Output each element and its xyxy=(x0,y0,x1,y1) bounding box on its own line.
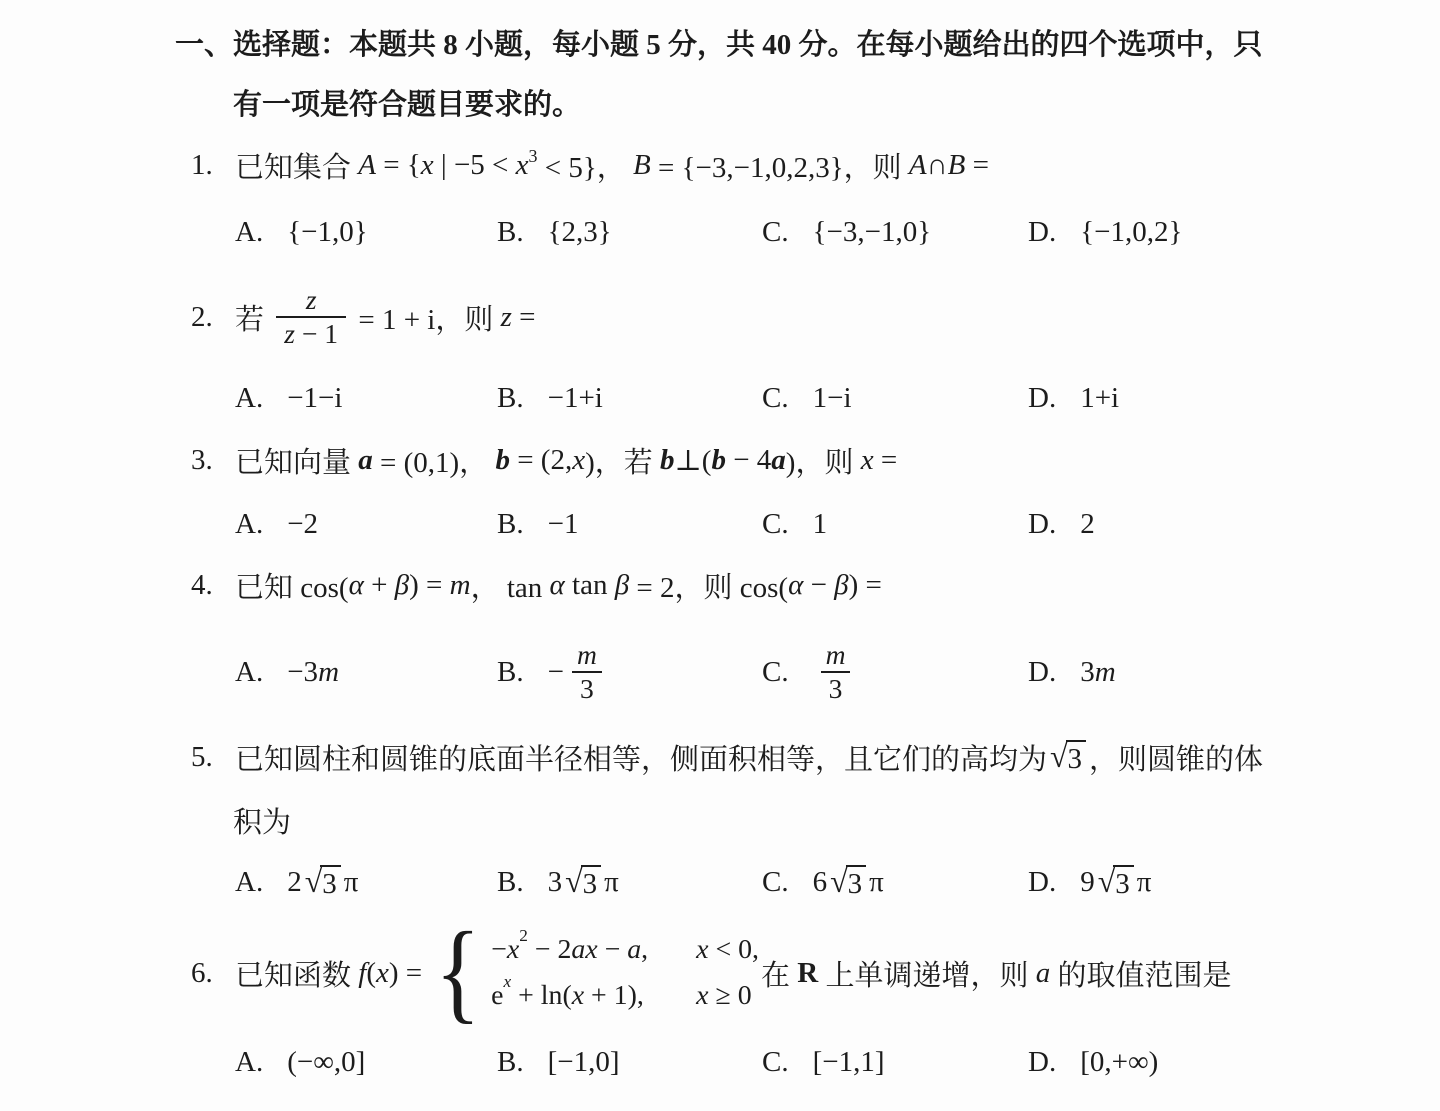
question-6-options: A. (−∞,0] B. [−1,0] C. [−1,1] D. [0,+∞) xyxy=(0,1038,1440,1086)
option-content: −1 xyxy=(548,508,579,541)
math-text: 2 xyxy=(519,926,528,958)
option-label: C. xyxy=(762,382,789,415)
math-variable: m xyxy=(577,639,597,671)
math-text: − 1 xyxy=(295,318,338,350)
option-content: −1+i xyxy=(548,382,603,415)
math-text: 2 xyxy=(287,866,302,899)
math-text: = { xyxy=(376,149,421,182)
question-3-option-c: C. 1 xyxy=(762,500,827,548)
math-text: ≥ 0 xyxy=(709,980,752,1012)
section-number: 一、 xyxy=(175,22,233,63)
option-label: C. xyxy=(762,656,789,689)
option-label: C. xyxy=(762,216,789,249)
fraction-numerator: m xyxy=(818,639,854,671)
fraction-numerator: z xyxy=(298,284,325,316)
math-text: {−3,−1,0} xyxy=(813,216,932,249)
math-text: = {−3,−1,0,2,3}，则 xyxy=(651,145,909,186)
question-5-stem: 已知圆柱和圆锥的底面半径相等，侧面积相等，且它们的高均为√3，则圆锥的体 xyxy=(235,737,1263,778)
option-content: [0,+∞) xyxy=(1080,1046,1158,1079)
option-content: −2 xyxy=(287,508,318,541)
math-text: = xyxy=(512,301,536,334)
question-1-options: A. {−1,0} B. {2,3} C. {−3,−1,0} D. {−1,0… xyxy=(0,208,1440,256)
math-text: [−1,1] xyxy=(813,1046,885,1079)
section-header-line1: 选择题：本题共 8 小题，每小题 5 分，共 40 分。在每小题给出的四个选项中… xyxy=(233,22,1263,63)
math-variable: x xyxy=(696,980,708,1012)
math-text: π xyxy=(344,866,359,899)
math-variable: β xyxy=(834,569,848,602)
math-text: ，则圆锥的体 xyxy=(1089,737,1263,778)
option-label: B. xyxy=(497,508,524,541)
question-3-stem: 已知向量 a = (0,1)， b = (2,x)，若 b⊥(b − 4a)，则… xyxy=(235,440,897,481)
math-text: < 5}， xyxy=(538,145,634,186)
math-text: −2 xyxy=(287,508,318,541)
question-3: 3. 已知向量 a = (0,1)， b = (2,x)，若 b⊥(b − 4a… xyxy=(191,438,897,482)
math-text: = 1 + i，则 xyxy=(351,297,501,338)
math-text: 6 xyxy=(813,866,828,899)
case-expression: −x2 − 2ax − a, xyxy=(491,934,696,966)
math-variable: z xyxy=(284,318,295,350)
question-1-option-c: C. {−3,−1,0} xyxy=(762,208,931,256)
question-3-option-d: D. 2 xyxy=(1028,500,1095,548)
math-text: + ln( xyxy=(511,980,572,1012)
math-variable: x xyxy=(861,444,874,477)
math-text: 3 xyxy=(529,146,538,167)
option-label: A. xyxy=(235,656,263,689)
math-text: 已知函数 xyxy=(235,953,358,994)
question-5: 5. 已知圆柱和圆锥的底面半径相等，侧面积相等，且它们的高均为√3，则圆锥的体 xyxy=(191,735,1263,779)
question-1-option-a: A. {−1,0} xyxy=(235,208,368,256)
math-text: ⊥( xyxy=(675,443,712,478)
question-1-option-d: D. {−1,0,2} xyxy=(1028,208,1182,256)
math-text: − xyxy=(548,656,564,689)
math-text: 1+i xyxy=(1080,382,1119,415)
math-text: − xyxy=(598,934,628,966)
cases-row: ex + ln(x + 1),x ≥ 0 xyxy=(491,980,759,1012)
math-variable: f xyxy=(358,957,366,990)
math-variable: β xyxy=(615,569,629,602)
math-text: (−∞,0] xyxy=(287,1046,365,1079)
option-content: 3m xyxy=(1080,656,1115,689)
math-text: −3 xyxy=(287,656,318,689)
question-4-option-c: C. m3 xyxy=(762,628,859,716)
question-6-option-d: D. [0,+∞) xyxy=(1028,1038,1158,1086)
math-text: π xyxy=(1137,866,1152,899)
math-superscript: 3 xyxy=(529,146,538,167)
option-content: 1−i xyxy=(813,382,852,415)
question-1-option-b: B. {2,3} xyxy=(497,208,612,256)
math-variable: a xyxy=(1036,957,1051,990)
option-label: D. xyxy=(1028,656,1056,689)
radicand: 3 xyxy=(320,865,341,899)
option-content: 2√3π xyxy=(287,865,358,899)
math-text: ) = xyxy=(409,569,450,602)
math-text: 若 xyxy=(235,297,271,338)
math-text: )，则 xyxy=(786,440,861,481)
option-content: −3m xyxy=(287,656,339,689)
math-variable: m xyxy=(826,639,846,671)
math-variable: α xyxy=(550,569,565,602)
math-text: 1−i xyxy=(813,382,852,415)
math-text: tan xyxy=(565,569,615,602)
radical-sign-icon: √ xyxy=(305,866,323,898)
math-square-root: √3 xyxy=(1050,740,1086,774)
option-label: C. xyxy=(762,1046,789,1079)
math-text: − xyxy=(803,569,834,602)
radical-sign-icon: √ xyxy=(1098,866,1116,898)
question-5-option-d: D. 9√3π xyxy=(1028,858,1151,906)
math-square-root: √3 xyxy=(565,865,601,899)
option-label: D. xyxy=(1028,216,1056,249)
math-variable: z xyxy=(306,284,317,316)
cases-rows: −x2 − 2ax − a,x < 0,ex + ln(x + 1),x ≥ 0 xyxy=(491,934,759,1012)
cases-row: −x2 − 2ax − a,x < 0, xyxy=(491,934,759,966)
math-text: 3 xyxy=(1115,869,1130,899)
option-content: {−1,0,2} xyxy=(1080,216,1182,249)
question-1: 1. 已知集合 A = {x | −5 < x3 < 5}， B = {−3,−… xyxy=(191,143,989,187)
question-6-option-a: A. (−∞,0] xyxy=(235,1038,365,1086)
math-text: 3 xyxy=(1080,656,1095,689)
fraction-numerator: m xyxy=(569,639,605,671)
case-condition: x < 0, xyxy=(696,934,759,966)
math-text: < 0, xyxy=(709,934,759,966)
case-condition: x ≥ 0 xyxy=(696,980,751,1012)
option-label: A. xyxy=(235,216,263,249)
option-content: −1−i xyxy=(287,382,342,415)
question-2-option-d: D. 1+i xyxy=(1028,374,1119,422)
math-variable: x xyxy=(516,149,529,182)
math-variable: x xyxy=(696,934,708,966)
question-6-option-c: C. [−1,1] xyxy=(762,1038,885,1086)
math-text: − 2 xyxy=(528,934,572,966)
option-label: A. xyxy=(235,508,263,541)
math-text: 在 xyxy=(761,953,797,994)
option-content: {−1,0} xyxy=(287,216,367,249)
question-5-options: A. 2√3π B. 3√3π C. 6√3π D. 9√3π xyxy=(0,858,1440,906)
math-text: 已知 cos( xyxy=(235,565,349,606)
question-5-option-c: C. 6√3π xyxy=(762,858,884,906)
option-label: D. xyxy=(1028,508,1056,541)
question-5-option-b: B. 3√3π xyxy=(497,858,619,906)
math-variable: x xyxy=(421,149,434,182)
question-2: 2. 若 zz − 1 = 1 + i，则 z = xyxy=(191,272,536,362)
math-piecewise-cases: {−x2 − 2ax − a,x < 0,ex + ln(x + 1),x ≥ … xyxy=(431,928,759,1018)
fraction-denominator: 3 xyxy=(572,671,602,705)
math-vector: a xyxy=(358,444,373,477)
radical-sign-icon: √ xyxy=(565,866,583,898)
math-superscript: 2 xyxy=(519,926,528,958)
option-label: C. xyxy=(762,866,789,899)
question-4-option-b: B. −m3 xyxy=(497,628,610,716)
fraction-denominator: z − 1 xyxy=(276,316,346,350)
option-content: 1 xyxy=(813,508,828,541)
option-label: D. xyxy=(1028,866,1056,899)
math-variable: x xyxy=(507,934,519,966)
radicand: 3 xyxy=(846,865,867,899)
question-5-option-a: A. 2√3π xyxy=(235,858,358,906)
option-content: 2 xyxy=(1080,508,1095,541)
math-text: 的取值范围是 xyxy=(1050,953,1231,994)
question-3-number: 3. xyxy=(191,444,235,477)
math-variable: ax xyxy=(571,934,597,966)
radicand: 3 xyxy=(1113,865,1134,899)
question-3-options: A. −2 B. −1 C. 1 D. 2 xyxy=(0,500,1440,548)
math-text: 1 xyxy=(813,508,828,541)
math-text: + xyxy=(364,569,395,602)
math-text: | −5 < xyxy=(434,149,516,182)
math-text: 3 xyxy=(1068,744,1083,774)
option-content: (−∞,0] xyxy=(287,1046,365,1079)
question-2-number: 2. xyxy=(191,301,235,334)
math-text: π xyxy=(869,866,884,899)
question-2-option-b: B. −1+i xyxy=(497,374,603,422)
math-square-root: √3 xyxy=(1098,865,1134,899)
option-label: C. xyxy=(762,508,789,541)
section-header-line2: 有一项是符合题目要求的。 xyxy=(233,82,581,123)
radicand: 3 xyxy=(1066,740,1087,774)
option-content: 1+i xyxy=(1080,382,1119,415)
math-vector: b xyxy=(660,444,675,477)
math-superscript: x xyxy=(504,972,512,1004)
math-text: 已知向量 xyxy=(235,440,358,481)
math-text: ， tan xyxy=(471,565,550,606)
math-variable: B xyxy=(633,149,651,182)
option-label: B. xyxy=(497,866,524,899)
math-square-root: √3 xyxy=(305,865,341,899)
option-label: B. xyxy=(497,656,524,689)
math-text: 9 xyxy=(1080,866,1095,899)
question-4-number: 4. xyxy=(191,569,235,602)
math-text: −1+i xyxy=(548,382,603,415)
question-4-option-a: A. −3m xyxy=(235,628,339,716)
math-vector: b xyxy=(711,444,726,477)
math-text: 3 xyxy=(322,869,337,899)
math-text: 3 xyxy=(848,869,863,899)
math-text: 积为 xyxy=(233,800,291,841)
math-vector: b xyxy=(495,444,510,477)
math-text: 已知圆柱和圆锥的底面半径相等，侧面积相等，且它们的高均为 xyxy=(235,737,1047,778)
math-variable: x xyxy=(572,444,585,477)
math-text: {−1,0,2} xyxy=(1080,216,1182,249)
question-5-stem-continuation: 积为 xyxy=(233,800,291,841)
math-text: = xyxy=(874,444,898,477)
question-3-option-a: A. −2 xyxy=(235,500,318,548)
math-fraction: m3 xyxy=(569,639,605,704)
option-label: A. xyxy=(235,1046,263,1079)
math-variable: B xyxy=(948,149,966,182)
question-1-number: 1. xyxy=(191,149,235,182)
option-content: {−3,−1,0} xyxy=(813,216,932,249)
case-expression: ex + ln(x + 1), xyxy=(491,980,696,1012)
math-bold-symbol: R xyxy=(797,957,818,990)
question-1-stem: 已知集合 A = {x | −5 < x3 < 5}， B = {−3,−1,0… xyxy=(235,145,989,186)
question-6-option-b: B. [−1,0] xyxy=(497,1038,620,1086)
math-vector: a xyxy=(771,444,786,477)
option-content: 3√3π xyxy=(548,865,619,899)
option-label: D. xyxy=(1028,1046,1056,1079)
question-4-stem: 已知 cos(α + β) = m， tan α tan β = 2，则 cos… xyxy=(235,565,882,606)
question-2-option-a: A. −1−i xyxy=(235,374,342,422)
cases-brace-icon: { xyxy=(435,928,481,1018)
option-label: A. xyxy=(235,866,263,899)
option-content: [−1,1] xyxy=(813,1046,885,1079)
math-variable: A xyxy=(358,149,376,182)
math-variable: α xyxy=(788,569,803,602)
question-4-option-d: D. 3m xyxy=(1028,628,1116,716)
question-6-number: 6. xyxy=(191,957,235,990)
math-square-root: √3 xyxy=(830,865,866,899)
question-6: 6. 已知函数 f(x) = {−x2 − 2ax − a,x < 0,ex +… xyxy=(191,917,1232,1029)
math-text: , xyxy=(641,934,648,966)
math-text: − 4 xyxy=(726,444,771,477)
option-content: 6√3π xyxy=(813,865,884,899)
math-text: 上单调递增，则 xyxy=(818,953,1036,994)
option-content: {2,3} xyxy=(548,216,612,249)
radical-sign-icon: √ xyxy=(1050,741,1068,773)
math-fraction: m3 xyxy=(818,639,854,704)
math-text: 已知集合 xyxy=(235,145,358,186)
math-text: e xyxy=(491,980,503,1012)
math-variable: x xyxy=(572,980,584,1012)
math-text: 3 xyxy=(548,866,563,899)
radical-sign-icon: √ xyxy=(830,866,848,898)
math-text: ∩ xyxy=(927,149,948,182)
option-label: B. xyxy=(497,1046,524,1079)
math-text: −1 xyxy=(548,508,579,541)
math-text: = (0,1)， xyxy=(373,440,496,481)
math-text: ) = xyxy=(849,569,882,602)
math-text: + 1), xyxy=(584,980,644,1012)
option-label: B. xyxy=(497,216,524,249)
question-2-option-c: C. 1−i xyxy=(762,374,852,422)
math-text: 3 xyxy=(829,673,843,705)
math-variable: x xyxy=(376,957,389,990)
question-3-option-b: B. −1 xyxy=(497,500,578,548)
math-text: π xyxy=(604,866,619,899)
exam-document-page: 一、 选择题：本题共 8 小题，每小题 5 分，共 40 分。在每小题给出的四个… xyxy=(0,0,1440,1111)
math-text: −1−i xyxy=(287,382,342,415)
math-fraction: zz − 1 xyxy=(276,284,346,349)
option-content: 9√3π xyxy=(1080,865,1151,899)
option-label: D. xyxy=(1028,382,1056,415)
fraction-denominator: 3 xyxy=(821,671,851,705)
math-variable: m xyxy=(450,569,471,602)
math-text: ) = xyxy=(389,957,430,990)
math-text: 2 xyxy=(1080,508,1095,541)
math-text: {2,3} xyxy=(548,216,612,249)
question-6-stem: 已知函数 f(x) = {−x2 − 2ax − a,x < 0,ex + ln… xyxy=(235,928,1232,1018)
question-5-stem-line2: 积为 xyxy=(233,798,291,842)
math-variable: z xyxy=(501,301,512,334)
math-variable: m xyxy=(318,656,339,689)
radicand: 3 xyxy=(581,865,602,899)
math-variable: β xyxy=(395,569,409,602)
option-label: A. xyxy=(235,382,263,415)
question-2-options: A. −1−i B. −1+i C. 1−i D. 1+i xyxy=(0,374,1440,422)
option-label: B. xyxy=(497,382,524,415)
math-text: [−1,0] xyxy=(548,1046,620,1079)
math-variable: A xyxy=(909,149,927,182)
math-text: ( xyxy=(366,957,376,990)
option-content: [−1,0] xyxy=(548,1046,620,1079)
math-variable: α xyxy=(349,569,364,602)
option-content: m3 xyxy=(813,639,859,704)
math-text: )，若 xyxy=(585,440,660,481)
math-text: [0,+∞) xyxy=(1080,1046,1158,1079)
math-text: = xyxy=(965,149,989,182)
question-2-stem: 若 zz − 1 = 1 + i，则 z = xyxy=(235,284,536,349)
math-text: {−1,0} xyxy=(287,216,367,249)
math-variable: x xyxy=(504,972,512,1004)
math-text: = 2，则 cos( xyxy=(629,565,788,606)
math-text: 3 xyxy=(580,673,594,705)
math-variable: a xyxy=(627,934,641,966)
math-variable: m xyxy=(1095,656,1116,689)
math-text: = (2, xyxy=(510,444,572,477)
option-content: −m3 xyxy=(548,639,610,704)
math-text: − xyxy=(491,934,507,966)
question-4-options: A. −3m B. −m3 C. m3 D. 3m xyxy=(0,628,1440,716)
question-4: 4. 已知 cos(α + β) = m， tan α tan β = 2，则 … xyxy=(191,563,882,607)
math-text: 3 xyxy=(583,869,598,899)
question-5-number: 5. xyxy=(191,741,235,774)
